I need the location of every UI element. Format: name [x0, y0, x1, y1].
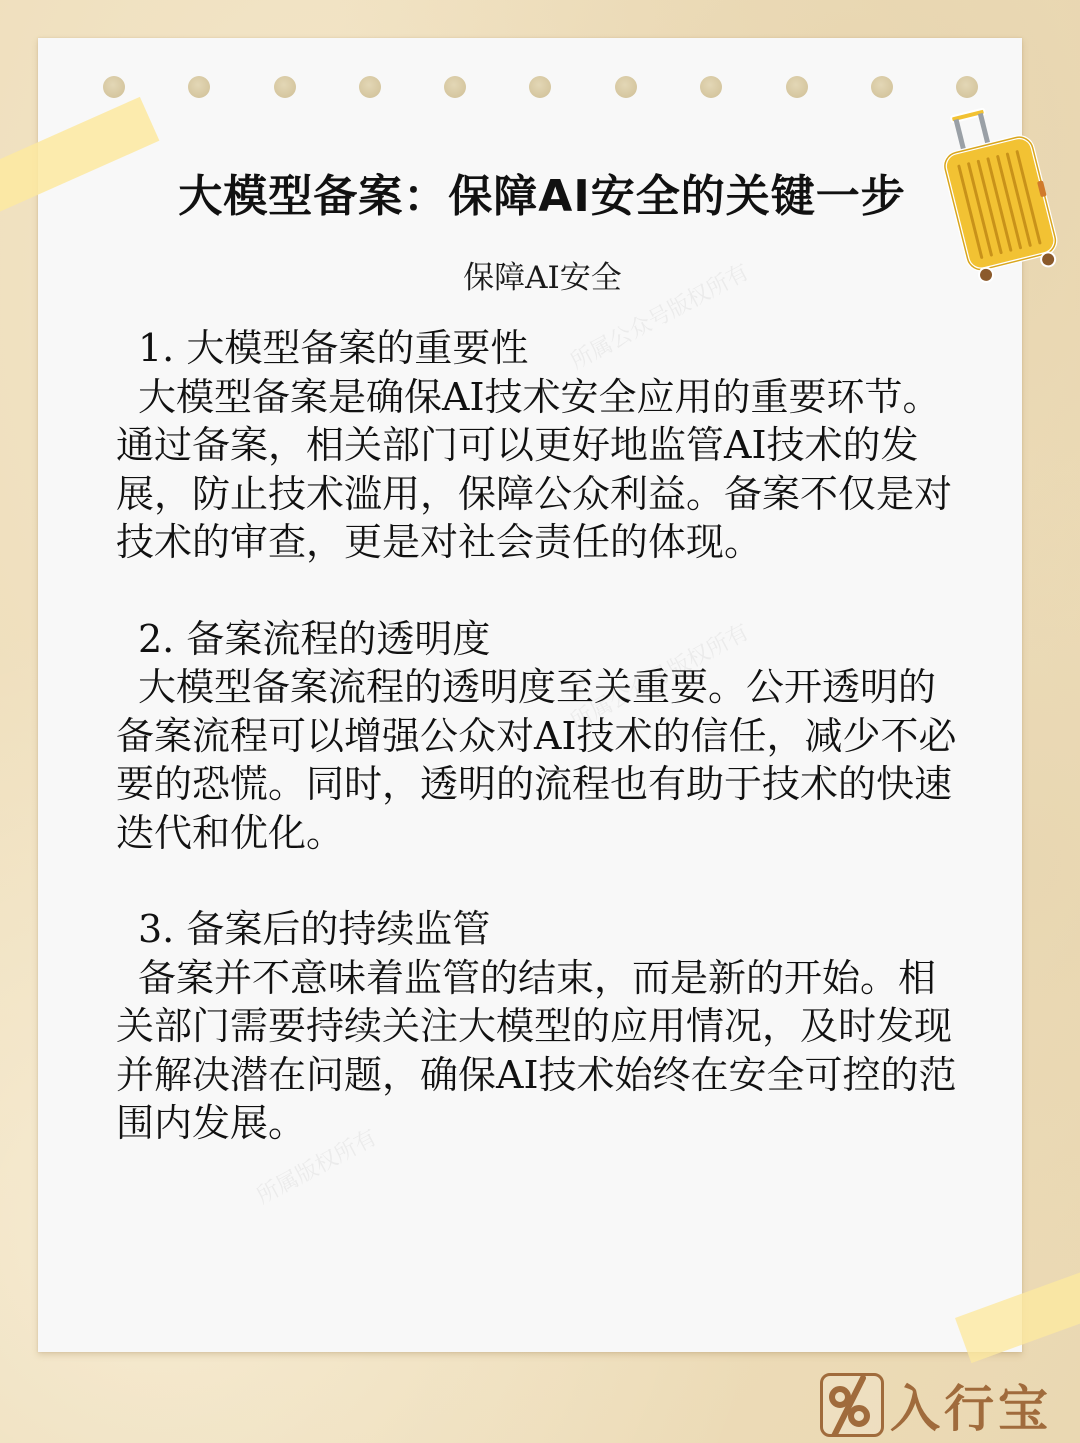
section-body: 大模型备案流程的透明度至关重要。公开透明的备案流程可以增强公众对AI技术的信任，… — [116, 663, 966, 857]
punch-hole — [274, 76, 296, 98]
page-title: 大模型备案：保障AI安全的关键一步 — [0, 160, 1080, 224]
punch-hole — [444, 76, 466, 98]
brand-logo-icon — [820, 1373, 884, 1437]
section-transparency: 2. 备案流程的透明度 大模型备案流程的透明度至关重要。公开透明的备案流程可以增… — [116, 615, 966, 858]
punch-hole — [956, 76, 978, 98]
section-heading: 1. 大模型备案的重要性 — [116, 324, 966, 373]
punch-hole — [786, 76, 808, 98]
punch-hole — [529, 76, 551, 98]
brand-name: 入行宝 — [890, 1369, 1052, 1441]
punch-hole — [359, 76, 381, 98]
section-heading: 3. 备案后的持续监管 — [116, 905, 966, 954]
punch-hole — [700, 76, 722, 98]
punch-hole — [871, 76, 893, 98]
brand-watermark: 入行宝 — [820, 1375, 1052, 1435]
article-content: 1. 大模型备案的重要性 大模型备案是确保AI技术安全应用的重要环节。通过备案，… — [116, 324, 966, 1196]
page-subtitle: 保障AI安全 — [0, 252, 1080, 297]
suitcase-icon — [940, 98, 1070, 283]
section-body: 备案并不意味着监管的结束，而是新的开始。相关部门需要持续关注大模型的应用情况，及… — [116, 954, 966, 1148]
section-ongoing-supervision: 3. 备案后的持续监管 备案并不意味着监管的结束，而是新的开始。相关部门需要持续… — [116, 905, 966, 1148]
section-importance: 1. 大模型备案的重要性 大模型备案是确保AI技术安全应用的重要环节。通过备案，… — [116, 324, 966, 567]
section-heading: 2. 备案流程的透明度 — [116, 615, 966, 664]
punch-hole — [615, 76, 637, 98]
punch-holes — [38, 76, 1022, 100]
section-body: 大模型备案是确保AI技术安全应用的重要环节。通过备案，相关部门可以更好地监管AI… — [116, 373, 966, 567]
punch-hole — [103, 76, 125, 98]
punch-hole — [188, 76, 210, 98]
